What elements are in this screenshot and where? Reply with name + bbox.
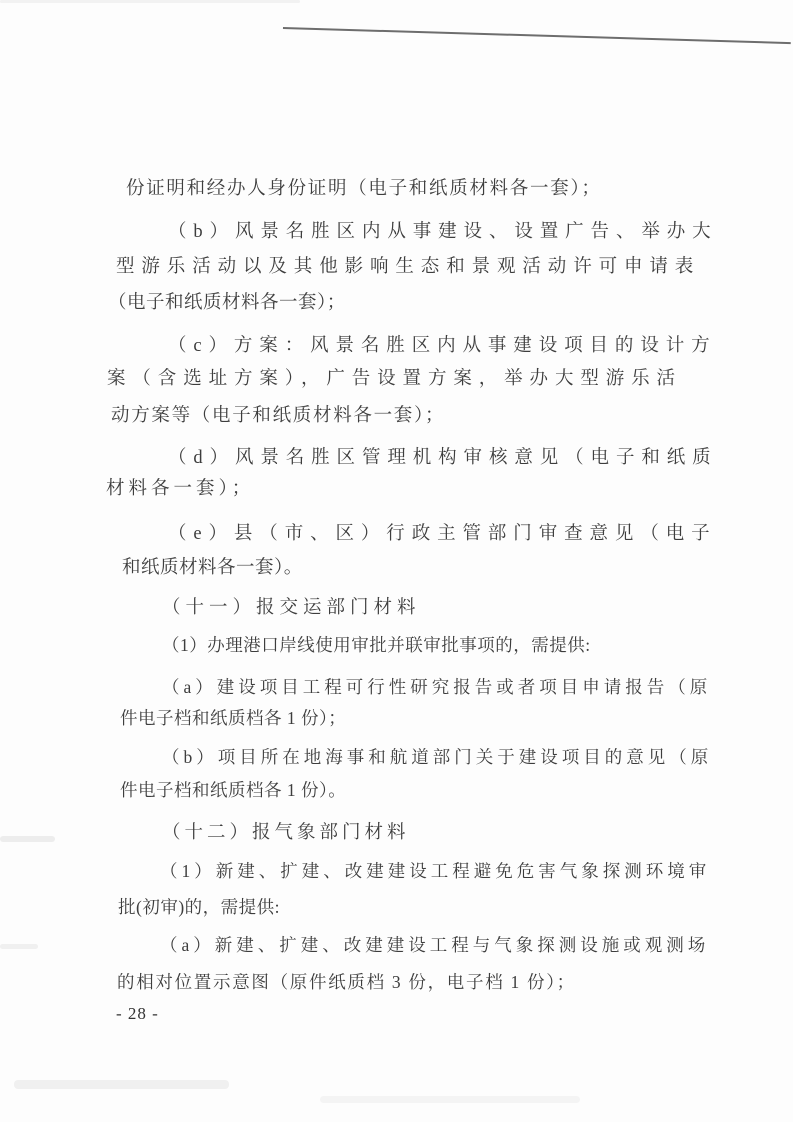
document-line: （1）办理港口岸线使用审批并联审批事项的，需提供: (162, 635, 591, 657)
document-line: （1）新建、扩建、改建建设工程避免危害气象探测环境审 (160, 861, 710, 883)
document-line: 的相对位置示意图（原件纸质档 3 份，电子档 1 份）； (117, 972, 576, 994)
scan-smudge (0, 836, 55, 842)
document-line: 型游乐活动以及其他影响生态和景观活动许可申请表 (116, 256, 700, 279)
document-line: （a）新建、扩建、改建建设工程与气象探测设施或观测场 (160, 935, 709, 957)
page-number: - 28 - (116, 1004, 159, 1024)
document-line: （c）方案：风景名胜区内从事建设项目的设计方 (168, 335, 717, 358)
document-line: 件电子档和纸质档各 1 份）。 (120, 780, 346, 802)
scan-smudge (14, 1080, 229, 1089)
document-line: （电子和纸质材料各一套）； (108, 292, 346, 315)
section-heading: （十二）报气象部门材料 (162, 822, 410, 845)
document-line: 材料各一套）； (106, 478, 254, 501)
document-line: （e）县（市、区）行政主管部门审查意见（电子 (168, 523, 717, 546)
document-line: （b）项目所在地海事和航道部门关于建设项目的意见（原 (162, 747, 712, 769)
document-line: （b）风景名胜区内从事建设、设置广告、举办大 (168, 221, 718, 244)
scan-smudge (320, 1096, 580, 1103)
section-heading: （十一）报交运部门材料 (162, 597, 421, 620)
scanned-document-page: 份证明和经办人身份证明（电子和纸质材料各一套）； （b）风景名胜区内从事建设、设… (0, 0, 793, 1122)
scan-artifact-line (283, 27, 791, 44)
document-line: 件电子档和纸质档各 1 份）； (120, 708, 346, 730)
scan-smudge (0, 944, 38, 949)
document-line: （d）风景名胜区管理机构审核意见（电子和纸质 (168, 447, 718, 470)
document-line: 批(初审)的，需提供: (118, 897, 280, 919)
document-line: 份证明和经办人身份证明（电子和纸质材料各一套）； (126, 178, 602, 201)
scan-smudge (0, 0, 300, 3)
document-line: 动方案等（电子和纸质材料各一套）； (111, 405, 445, 428)
document-line: （a）建设项目工程可行性研究报告或者项目申请报告（原 (162, 677, 711, 699)
document-line: 和纸质材料各一套）。 (122, 557, 303, 580)
document-line: 案（含选址方案），广告设置方案，举办大型游乐活 (107, 368, 682, 391)
